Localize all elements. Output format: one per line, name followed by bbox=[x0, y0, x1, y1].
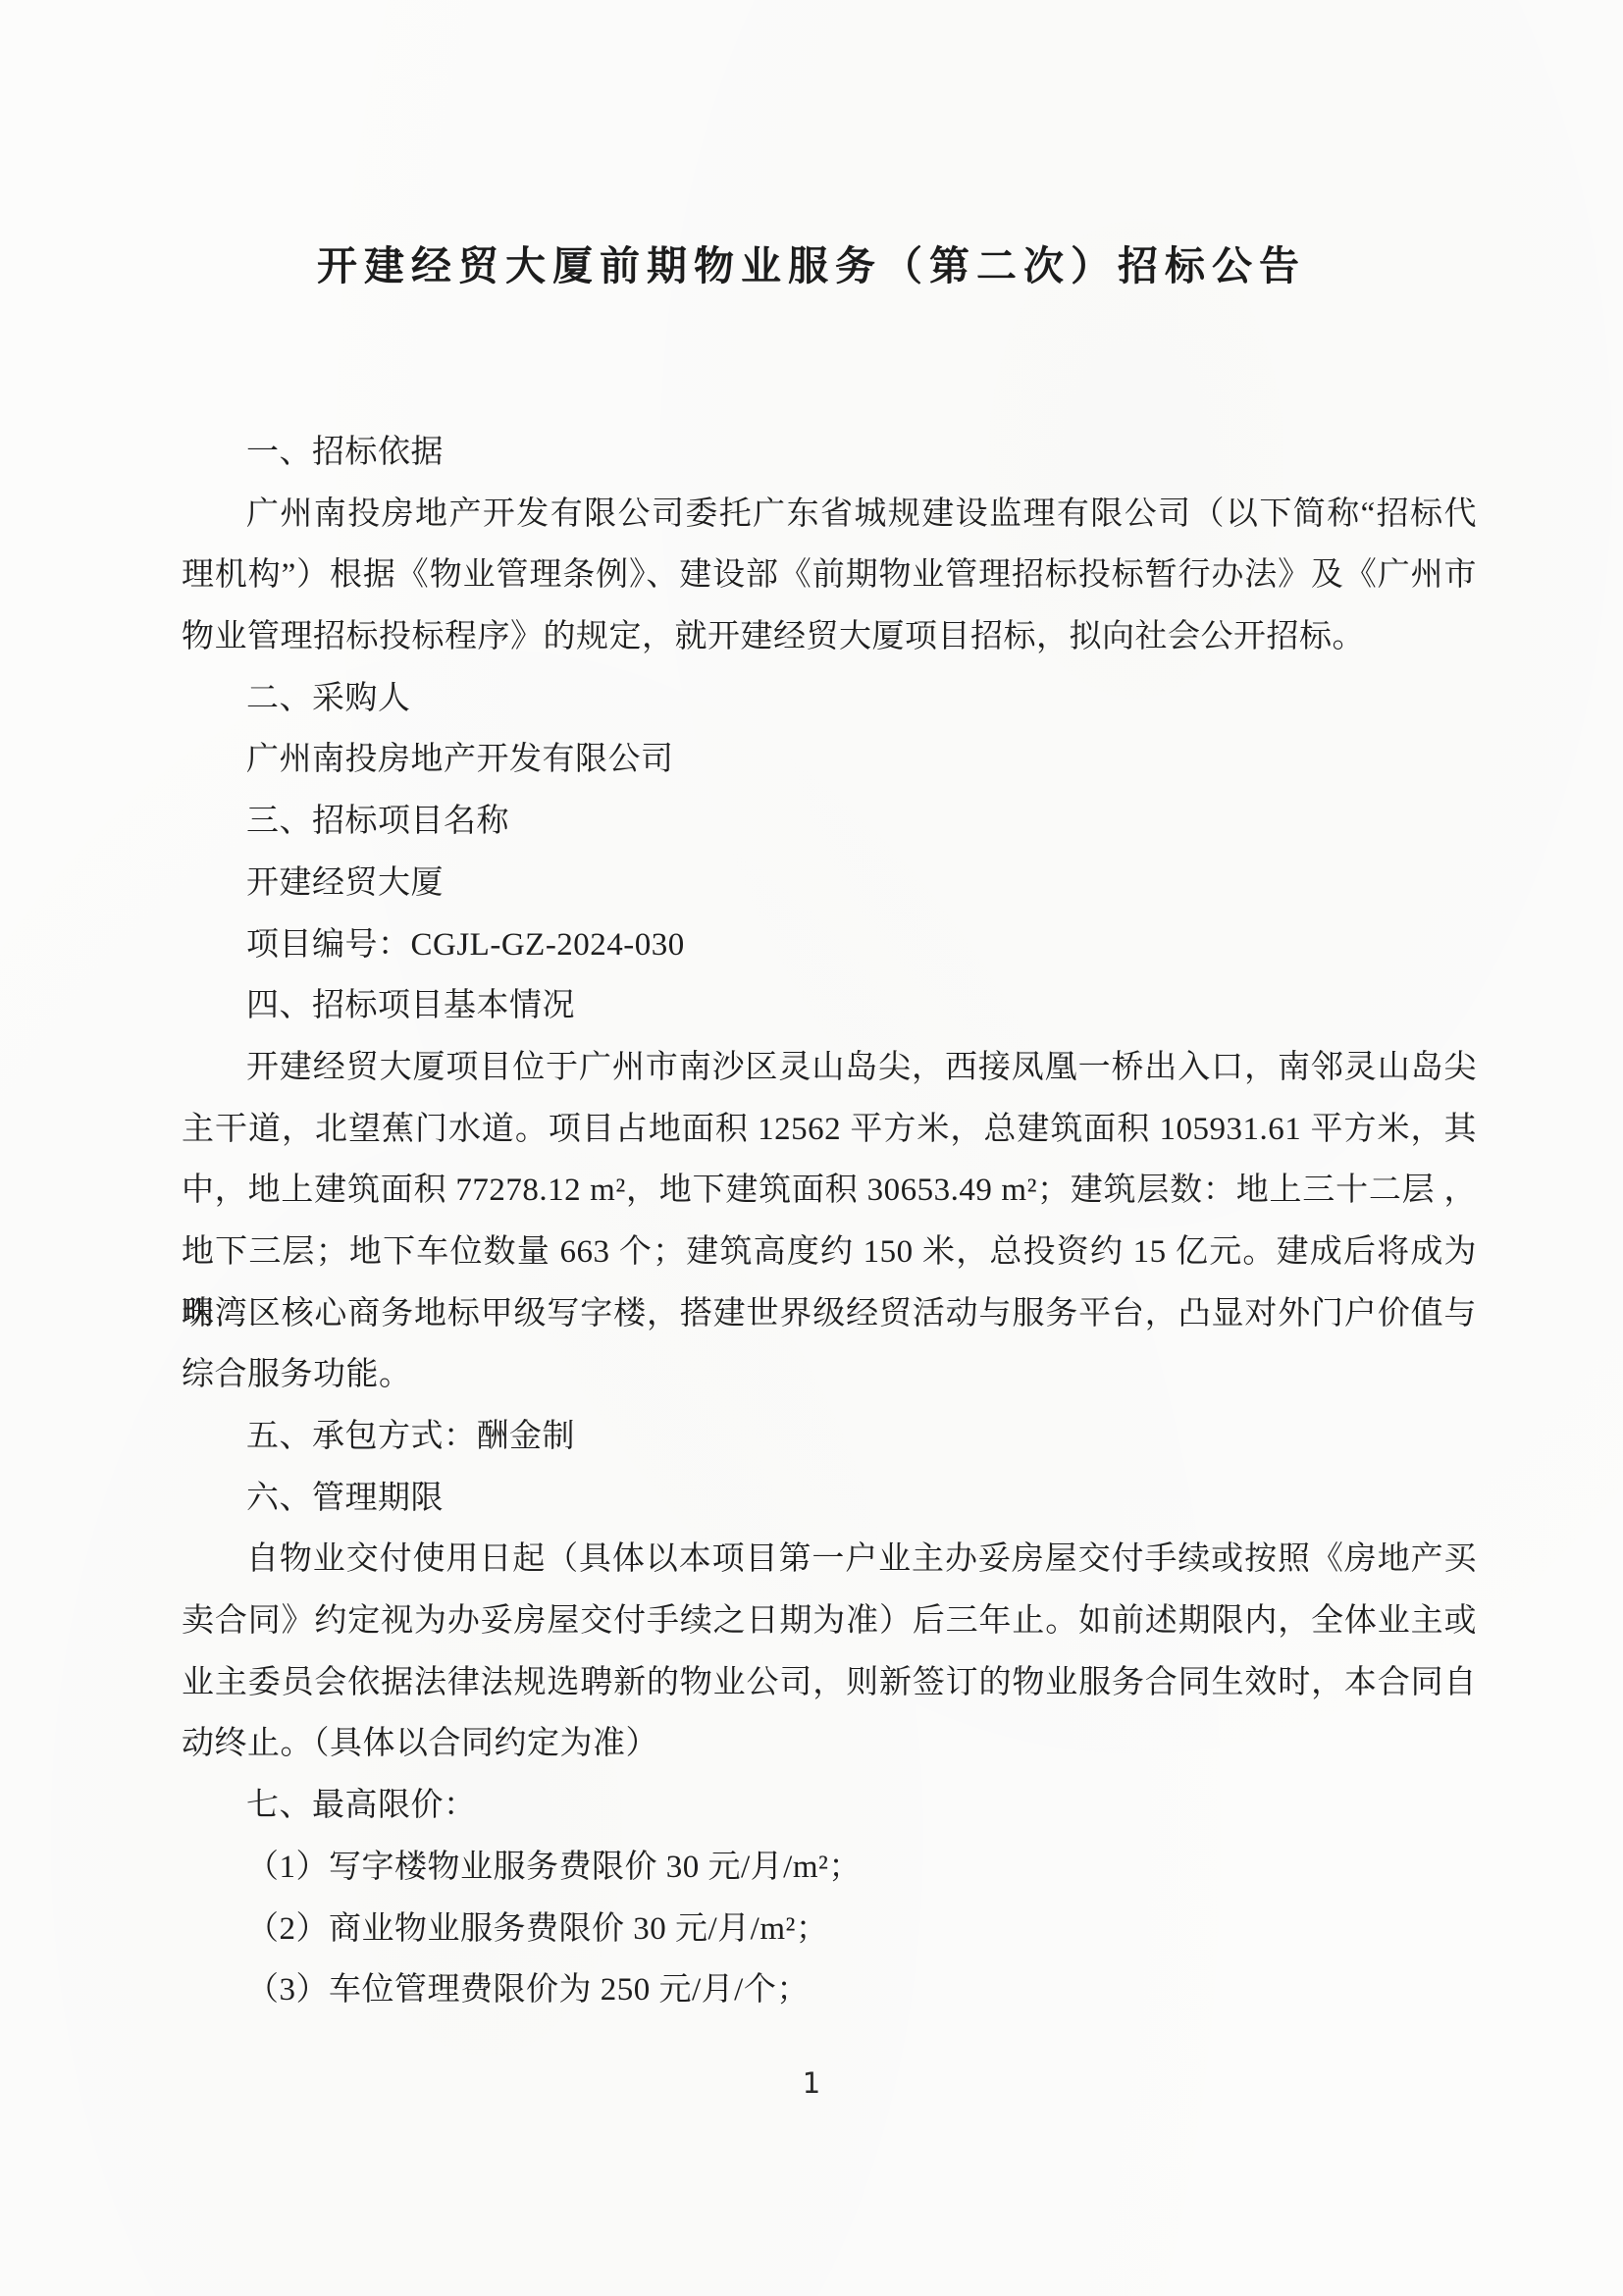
text-line: （3）车位管理费限价为 250 元/月/个； bbox=[182, 1959, 1477, 2021]
text-line: 一、招标依据 bbox=[182, 422, 1477, 484]
text-line: 中，地上建筑面积 77278.12 m²，地下建筑面积 30653.49 m²；… bbox=[182, 1160, 1477, 1222]
text-line: （1）写字楼物业服务费限价 30 元/月/m²； bbox=[182, 1837, 1477, 1899]
text-line: 物业管理招标投标程序》的规定，就开建经贸大厦项目招标，拟向社会公开招标。 bbox=[182, 606, 1477, 668]
document-title: 开建经贸大厦前期物业服务（第二次）招标公告 bbox=[0, 234, 1623, 291]
text-line: 珠湾区核心商务地标甲级写字楼，搭建世界级经贸活动与服务平台，凸显对外门户价值与 bbox=[182, 1283, 1477, 1345]
text-line: 自物业交付使用日起（具体以本项目第一户业主办妥房屋交付手续或按照《房地产买 bbox=[182, 1529, 1477, 1591]
text-line: 卖合同》约定视为办妥房屋交付手续之日期为准）后三年止。如前述期限内，全体业主或 bbox=[182, 1591, 1477, 1652]
text-line: 开建经贸大厦 bbox=[182, 853, 1477, 914]
text-line: 广州南投房地产开发有限公司委托广东省城规建设监理有限公司（以下简称“招标代 bbox=[182, 484, 1477, 546]
text-line: 开建经贸大厦项目位于广州市南沙区灵山岛尖，西接凤凰一桥出入口，南邻灵山岛尖 bbox=[182, 1037, 1477, 1099]
text-line: 二、采购人 bbox=[182, 668, 1477, 730]
text-line: 三、招标项目名称 bbox=[182, 791, 1477, 853]
text-line: 综合服务功能。 bbox=[182, 1344, 1477, 1406]
text-line: 广州南投房地产开发有限公司 bbox=[182, 729, 1477, 791]
text-line: 七、最高限价： bbox=[182, 1775, 1477, 1837]
text-line: 主干道，北望蕉门水道。项目占地面积 12562 平方米，总建筑面积 105931… bbox=[182, 1099, 1477, 1161]
text-line: 动终止。（具体以合同约定为准） bbox=[182, 1713, 1477, 1775]
text-line: 理机构”）根据《物业管理条例》、建设部《前期物业管理招标投标暂行办法》及《广州市 bbox=[182, 545, 1477, 606]
text-line: （2）商业物业服务费限价 30 元/月/m²； bbox=[182, 1899, 1477, 1960]
document-body: 一、招标依据广州南投房地产开发有限公司委托广东省城规建设监理有限公司（以下简称“… bbox=[182, 422, 1477, 2021]
text-line: 五、承包方式：酬金制 bbox=[182, 1406, 1477, 1468]
text-line: 四、招标项目基本情况 bbox=[182, 975, 1477, 1037]
text-line: 六、管理期限 bbox=[182, 1468, 1477, 1530]
text-line: 业主委员会依据法律法规选聘新的物业公司，则新签订的物业服务合同生效时，本合同自 bbox=[182, 1652, 1477, 1714]
text-line: 地下三层；地下车位数量 663 个；建筑高度约 150 米，总投资约 15 亿元… bbox=[182, 1222, 1477, 1283]
page-number: 1 bbox=[0, 2066, 1623, 2100]
text-line: 项目编号：CGJL-GZ-2024-030 bbox=[182, 914, 1477, 976]
document-page: 开建经贸大厦前期物业服务（第二次）招标公告 一、招标依据广州南投房地产开发有限公… bbox=[0, 0, 1623, 2296]
